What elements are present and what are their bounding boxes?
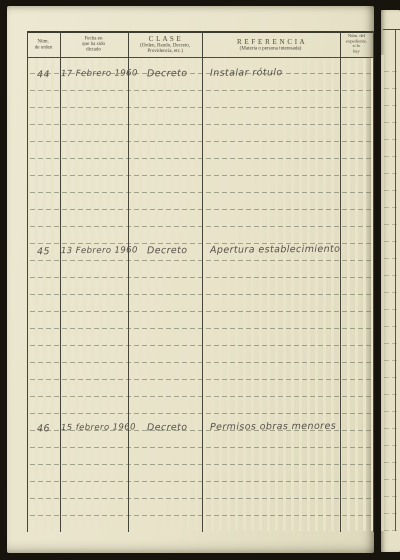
column-header-sublabel: Fecha en que ha sido dictado [82,36,105,53]
column-header-sublabel: de orden [35,45,53,51]
column-header-fecha: Fecha en que ha sido dictado [60,33,128,57]
ledger-page: Núm. de orden Fecha en que ha sido dicta… [7,6,374,553]
column-header-label: R E F E R E N C I A [237,38,305,46]
ruled-lines [27,57,373,531]
cell-numero: 46 [27,423,60,434]
table-right-border [373,31,374,532]
cell-referencia: Permisos obras menores [210,421,336,433]
table-row: 45 13 Febrero 1960 Decreto Apertura esta… [7,243,374,261]
table-left-border [27,31,28,532]
column-header-sublabel: (Orden, Bando, Decreto, Providencia, etc… [140,43,190,54]
cell-referencia: Instalar rótulo [210,67,283,79]
column-header-numero: Núm. de orden [27,33,60,57]
column-divider [60,31,61,532]
cell-referencia: Apertura establecimiento [210,244,340,256]
cell-numero: 44 [27,69,60,80]
next-page-ruled-lines [381,55,400,531]
table-row: 46 15 febrero 1960 Decreto Permisos obra… [7,420,374,438]
scanned-register-page: { "document": { "columns": [ { "title": … [0,0,400,560]
next-page-header-line [383,29,400,30]
header-bottom-border [27,57,373,58]
cell-clase: Decreto [147,245,188,256]
column-header-label: Núm. [38,39,49,45]
cell-fecha: 17 Febrero 1960 [61,68,138,79]
column-divider [340,31,341,532]
next-page-edge [381,10,400,552]
column-header-expediente: Núm. del expediente, si lo hay [340,33,373,57]
column-header-label: C L A S E [149,35,182,43]
cell-clase: Decreto [147,422,188,433]
cell-fecha: 13 Febrero 1960 [61,245,138,256]
column-header-referencia: R E F E R E N C I A (Materia o persona i… [202,33,340,57]
cell-clase: Decreto [147,68,188,79]
column-header-clase: C L A S E (Orden, Bando, Decreto, Provid… [128,33,202,57]
cell-fecha: 15 febrero 1960 [61,422,136,433]
column-divider [128,31,129,532]
table-row: 44 17 Febrero 1960 Decreto Instalar rótu… [7,66,374,84]
cell-numero: 45 [27,246,60,257]
column-header-sublabel: Núm. del expediente, si lo hay [346,34,367,54]
column-header-sublabel: (Materia o persona interesada) [240,46,302,52]
column-divider [202,31,203,532]
